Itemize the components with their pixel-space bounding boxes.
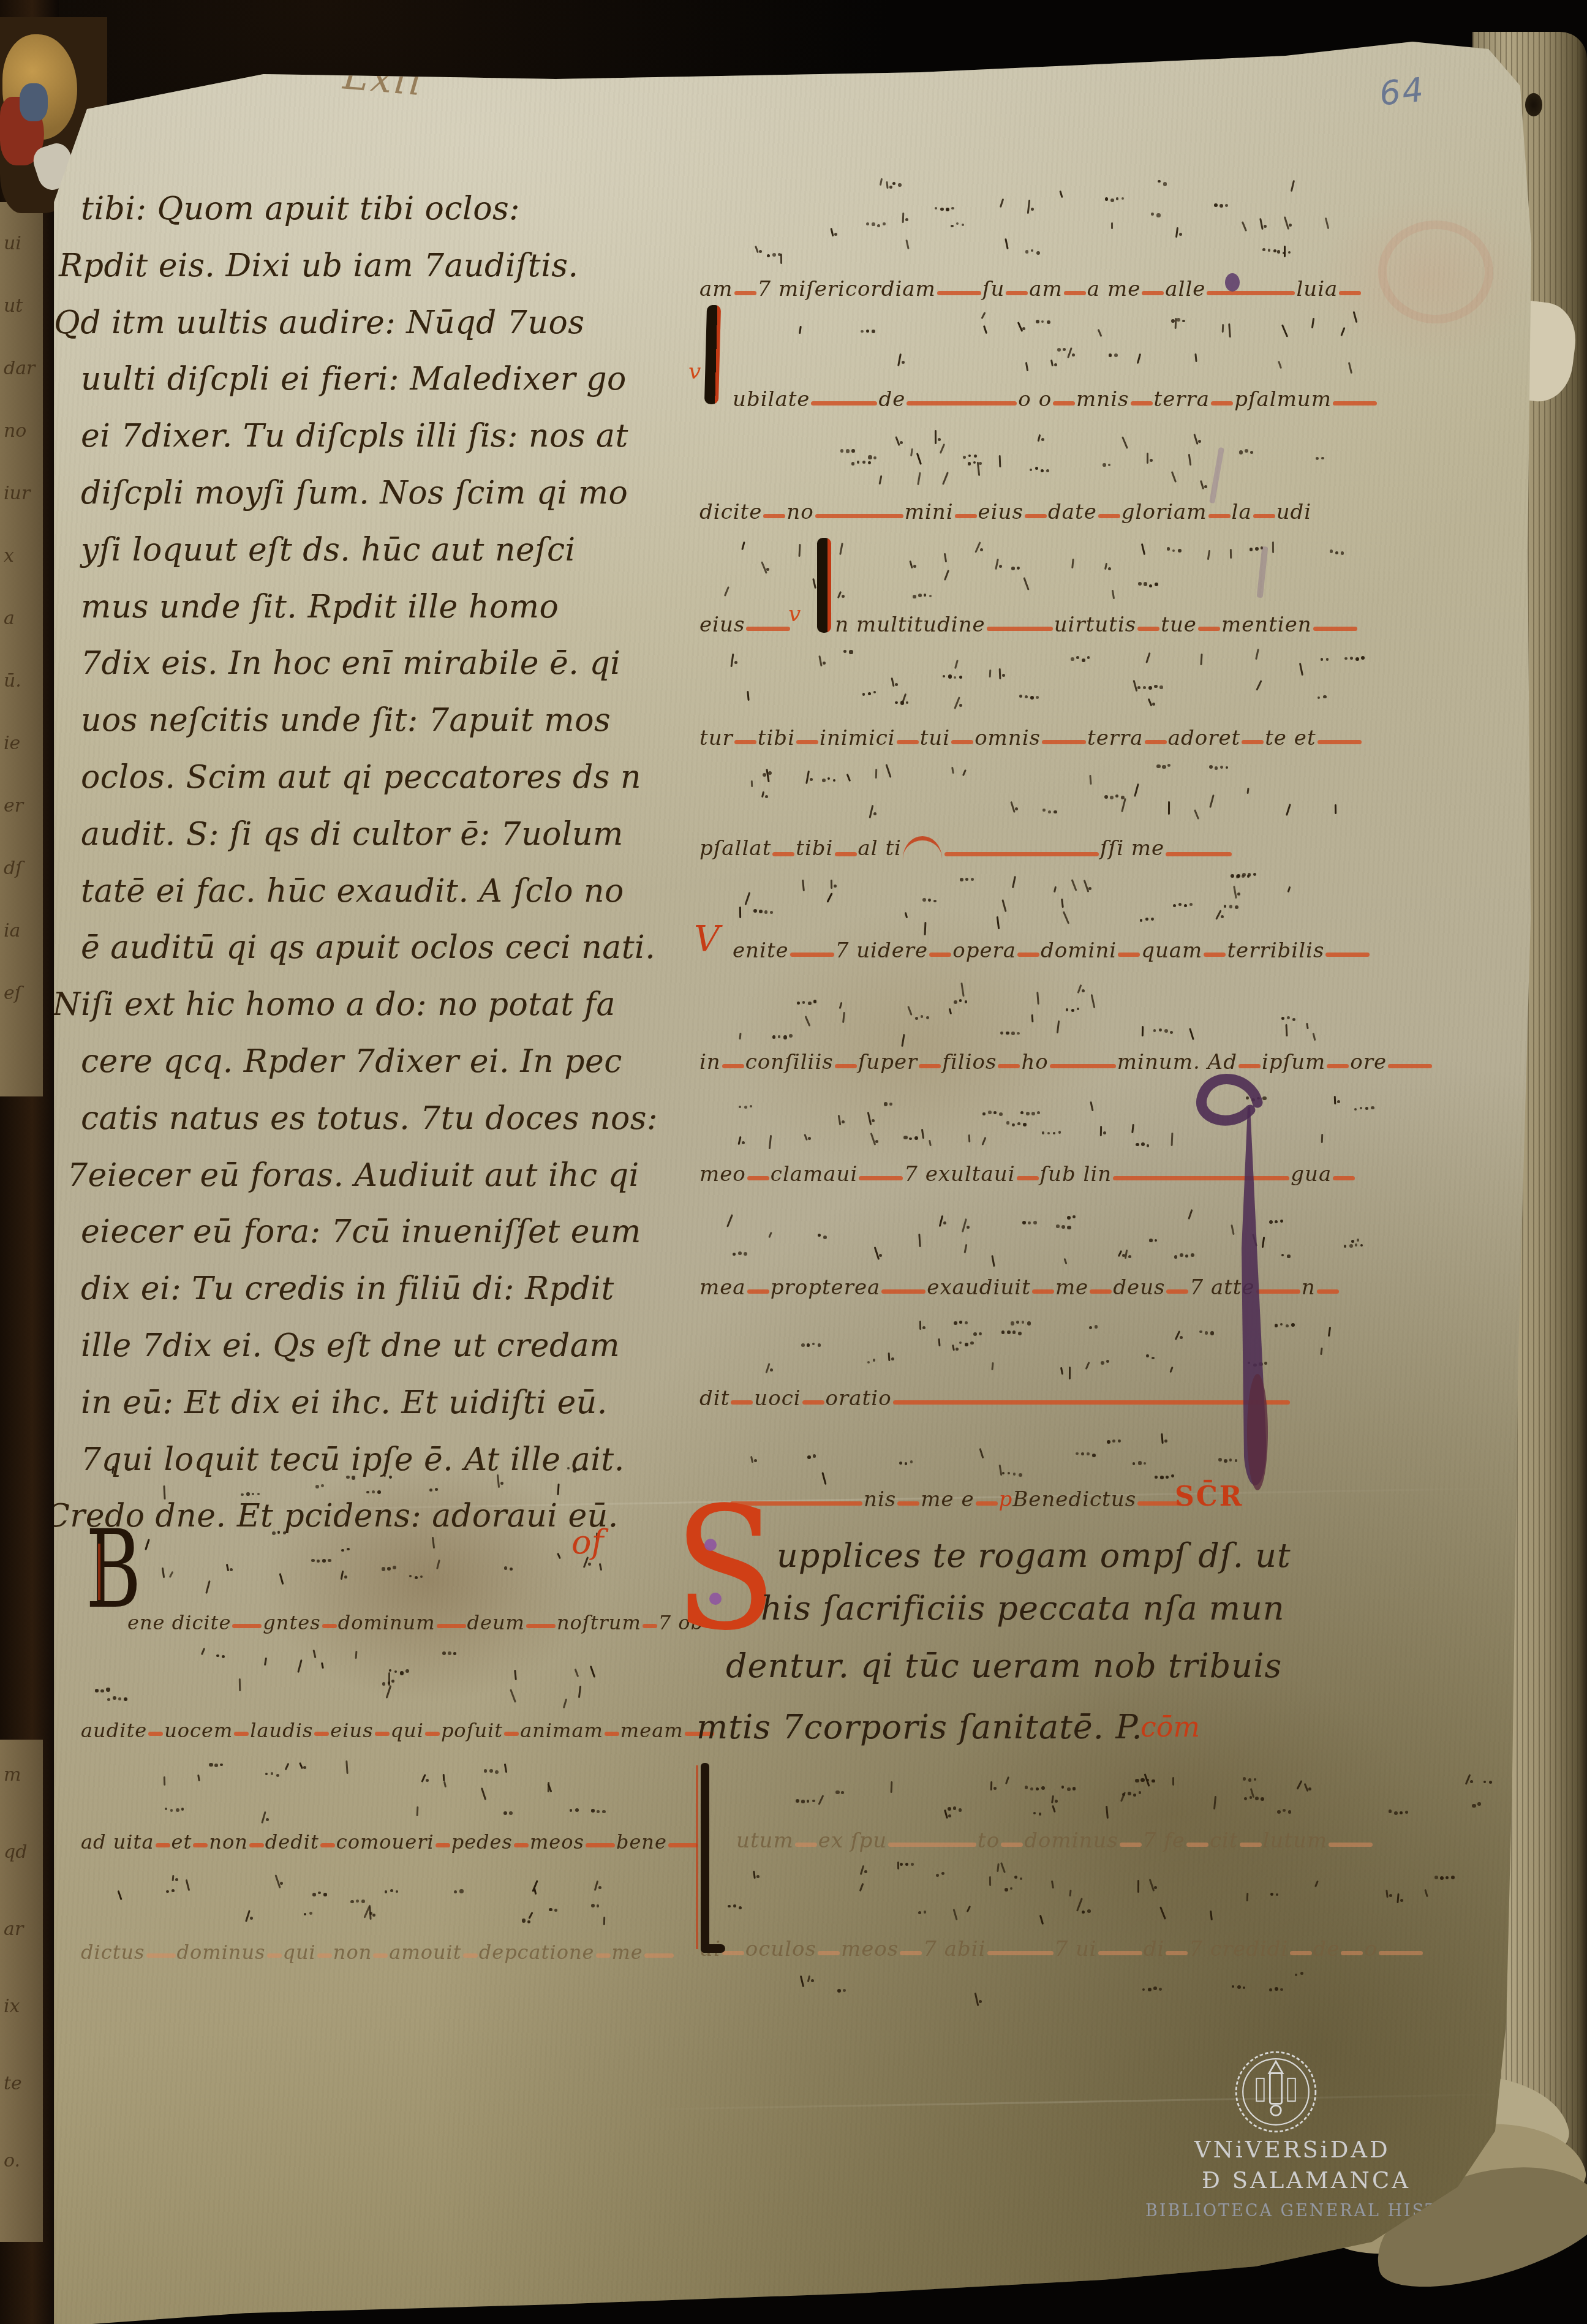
neume-mark [328, 1559, 331, 1562]
neume-mark [594, 1881, 599, 1891]
neume-mark [1067, 1787, 1071, 1791]
neume-mark [1104, 563, 1108, 570]
chant-word: oculos [745, 1937, 816, 1961]
chant-word: 7 miſericordiam [758, 277, 936, 301]
neume-mark [1138, 582, 1142, 586]
chant-word: ore [1350, 1050, 1387, 1074]
neume-mark [1005, 238, 1009, 249]
neume-mark [1071, 879, 1077, 891]
staff-line-segment [1064, 291, 1086, 295]
staff-line-segment [1186, 1843, 1208, 1847]
initial-V-venite: V [694, 918, 720, 959]
neume-mark [731, 654, 734, 667]
neume-mark [1038, 434, 1041, 442]
neume-mark [959, 1341, 962, 1344]
neume-mark [598, 1886, 601, 1889]
neume-mark [361, 1900, 365, 1903]
chant-word: o o [1018, 387, 1052, 412]
neume-mark [1255, 649, 1259, 660]
neume-mark [1001, 899, 1007, 912]
staff-line-segment [772, 852, 794, 856]
neume-mark [509, 1811, 513, 1815]
neume-mark [1077, 984, 1082, 994]
neume-mark [1041, 1786, 1045, 1790]
neume-mark [902, 693, 907, 702]
neume-mark [1451, 1876, 1455, 1879]
chant-text-line: uioculosmeos7 abii7 uidi7 credidideo [699, 1937, 1424, 1961]
neume-mark [1018, 1332, 1022, 1335]
gospel-line: 7qui loquit tecū ipſe ē. At ille ait. [81, 1441, 625, 1478]
neume-mark [765, 795, 768, 798]
neume-mark [1194, 809, 1199, 820]
neume-mark [1103, 1131, 1106, 1134]
neume-mark [955, 660, 959, 669]
staff-line-segment [722, 1064, 744, 1068]
neume-mark [1243, 1986, 1246, 1990]
neume-mark [1144, 582, 1147, 586]
neume-mark [1300, 1972, 1303, 1975]
staff-line-segment [317, 1953, 332, 1958]
staff-line-segment [322, 1624, 337, 1628]
chant-word: tibi [796, 836, 833, 861]
neume-mark [1041, 438, 1044, 441]
neume-mark [1239, 450, 1243, 454]
neume-mark [796, 1799, 799, 1803]
staff-line-segment [249, 1843, 264, 1847]
neume-mark [554, 1909, 557, 1912]
previous-page-text: ut [4, 295, 23, 317]
neume-mark [1147, 453, 1148, 464]
chant-word: comoueri [336, 1830, 434, 1854]
neume-mark [948, 1807, 951, 1811]
neume-mark [1076, 1898, 1083, 1911]
neume-mark [960, 983, 965, 997]
neume-mark [1424, 1889, 1428, 1897]
neume-mark [1397, 1893, 1400, 1903]
neume-mark [935, 207, 937, 209]
neume-mark [812, 1800, 815, 1803]
gospel-line: Qd itm uultis audire: Nūqd 7uos [54, 304, 584, 341]
neume-mark [1306, 1023, 1309, 1030]
staff-line-segment [605, 1732, 619, 1736]
neume-mark [1166, 1476, 1169, 1479]
neume-mark [1072, 1215, 1076, 1218]
neume-mark [1063, 348, 1066, 351]
neume-mark [726, 1214, 733, 1228]
neume-mark [304, 1913, 306, 1915]
neume-mark [1012, 1330, 1016, 1334]
gospel-line: yſi loquut eſt ds. hūc aut neſci [81, 532, 576, 568]
neume-mark [1112, 590, 1115, 600]
neume-mark [389, 1669, 391, 1672]
gospel-line: cere qcq. Rpder 7dixer ei. In pec [81, 1043, 622, 1080]
neume-mark [1030, 469, 1032, 471]
chant-word: tibi [758, 726, 795, 750]
neume-mark [280, 1882, 283, 1885]
neume-mark [205, 1580, 211, 1594]
neume-mark [861, 330, 864, 333]
neume-mark [1001, 1330, 1005, 1334]
neume-mark [124, 1697, 127, 1701]
neume-mark [1026, 1112, 1030, 1115]
neume-mark [1152, 703, 1155, 706]
staff-line-segment [722, 1951, 744, 1955]
neume-mark [1039, 1914, 1044, 1924]
neume-mark [948, 674, 952, 678]
neume-mark [1025, 250, 1028, 253]
neume-mark [838, 1115, 842, 1125]
previous-page-text: iur [4, 483, 30, 504]
neume-mark [522, 1918, 526, 1922]
initial-B-red-accent [98, 1544, 100, 1600]
neume-mark [878, 475, 882, 485]
neume-mark [999, 1112, 1003, 1116]
neume-mark [842, 1012, 845, 1023]
chant-word: amouit [389, 1941, 461, 1964]
neume-mark [1440, 1876, 1444, 1880]
neume-mark [1361, 656, 1365, 660]
chant-word: ſſi me [1100, 836, 1164, 861]
verse-mark-icon: v [788, 602, 801, 627]
neume-mark [1320, 1348, 1323, 1355]
neume-mark [1355, 657, 1359, 661]
neume-mark [1048, 810, 1051, 813]
staff-line-segment [1017, 1176, 1039, 1180]
neume-mark [734, 661, 737, 664]
neume-mark [910, 560, 913, 568]
neume-mark [1036, 696, 1039, 699]
neume-mark [176, 1808, 179, 1812]
neume-mark [1351, 1240, 1354, 1243]
neume-mark [778, 1035, 781, 1038]
staff-line-segment [1290, 1951, 1312, 1955]
neume-mark [911, 1863, 914, 1866]
manuscript-scan: uiutdarnoiurxaū.ieerdſiaeſmqdarixteo. Lx… [0, 0, 1587, 2324]
chant-word: deus [1113, 1275, 1165, 1300]
neume-mark [1112, 1439, 1115, 1443]
neume-mark [873, 691, 876, 693]
neume-mark [868, 692, 871, 695]
chant-word: me [1055, 1275, 1088, 1300]
neume-mark [891, 1357, 894, 1360]
neume-mark [169, 1571, 174, 1578]
neume-mark [1135, 1779, 1139, 1783]
previous-page-text: m [4, 1764, 21, 1786]
neume-mark [1046, 469, 1050, 473]
neume-mark [1014, 1876, 1018, 1879]
neume-mark [1137, 686, 1140, 689]
neume-mark [764, 910, 768, 914]
neume-mark [1172, 1777, 1174, 1786]
neume-mark [898, 183, 902, 187]
neume-mark [1225, 204, 1228, 207]
staff-line-segment [267, 1953, 282, 1958]
neume-mark [574, 1669, 579, 1678]
neume-mark [113, 1696, 116, 1700]
staff-line-segment [1242, 740, 1264, 744]
neume-mark [1323, 695, 1327, 699]
neume-mark [763, 773, 766, 777]
neume-mark [973, 1332, 977, 1336]
neume-mark [377, 1490, 381, 1494]
neume-mark [753, 1871, 756, 1879]
neume-mark [1337, 1100, 1340, 1103]
chant-word: am [1029, 277, 1063, 301]
neume-mark [739, 1906, 742, 1909]
previous-page-text: ix [4, 1996, 20, 2017]
neume-mark [549, 1908, 552, 1911]
neume-mark [578, 1686, 582, 1699]
staff-line-segment [1120, 1843, 1142, 1847]
chant-word: ſu [982, 277, 1005, 301]
neume-mark [822, 779, 826, 782]
neume-mark [938, 1338, 940, 1346]
neume-mark [891, 677, 895, 687]
neume-mark [1260, 218, 1264, 230]
neume-mark [903, 1136, 907, 1139]
neume-mark [1321, 457, 1324, 460]
neume-mark [1047, 1132, 1050, 1135]
neume-mark [812, 578, 816, 589]
neume-mark [1264, 225, 1267, 228]
neume-mark [1489, 1781, 1492, 1784]
neume-mark [1076, 656, 1079, 659]
neume-mark [1071, 1009, 1074, 1012]
neume-mark [1022, 327, 1025, 330]
chant-word: la [1232, 500, 1252, 524]
neume-mark [297, 1659, 303, 1673]
neume-mark [597, 1904, 599, 1907]
neume-mark [1101, 1361, 1104, 1365]
neume-mark [862, 693, 865, 695]
staff-line-segment [234, 1732, 249, 1736]
neume-mark [372, 1490, 375, 1493]
neume-mark [1013, 1473, 1016, 1475]
neume-mark [1164, 1439, 1167, 1443]
neume-mark [1138, 1461, 1142, 1465]
neume-mark [900, 701, 904, 704]
staff-line-segment [1131, 401, 1153, 406]
neume-mark [1011, 1321, 1014, 1325]
chant-text-line: inconſiliisſuperfilioshominum. Adipſumor… [699, 1050, 1433, 1074]
staff-line-segment [314, 1732, 329, 1736]
neume-mark [1349, 1244, 1353, 1248]
gospel-line: catis natus es totus. 7tu doces nos: [81, 1100, 658, 1137]
staff-line-segment [944, 852, 1099, 856]
neume-mark [1019, 695, 1022, 698]
chant-word: pedes [451, 1830, 513, 1854]
neume-mark [995, 559, 999, 570]
neume-mark [1011, 567, 1015, 570]
neume-mark [1272, 541, 1273, 553]
neume-mark [951, 207, 954, 210]
neume-mark [759, 250, 762, 253]
neume-mark [1159, 1988, 1162, 1991]
neume-mark [770, 1368, 773, 1371]
neume-mark [954, 1321, 957, 1324]
neume-mark [1028, 1221, 1031, 1224]
neume-mark [1171, 1474, 1174, 1477]
neume-mark [1288, 1810, 1292, 1814]
neume-mark [1250, 451, 1253, 454]
gospel-line: ille 7dix ei. Qs eſt dne ut credam [81, 1327, 620, 1364]
neume-mark [1053, 886, 1056, 893]
neume-mark [1224, 905, 1226, 907]
neume-mark [772, 253, 776, 257]
neume-mark [943, 675, 945, 677]
neume-mark [1152, 1779, 1155, 1783]
chant-text-line: turtibiinimicituiomnisterraadorette et [699, 726, 1363, 750]
chant-word: ene dicite [127, 1611, 231, 1634]
neume-mark [1162, 765, 1166, 769]
neume-mark [1000, 1862, 1006, 1873]
staff-line-segment [1118, 953, 1140, 957]
neume-mark [870, 1133, 876, 1145]
neume-mark [389, 1476, 392, 1479]
staff-line-segment [1098, 1951, 1142, 1955]
staff-line-segment [815, 514, 903, 518]
neume-mark [1140, 919, 1142, 921]
neume-mark [1262, 248, 1265, 251]
neume-mark [1155, 583, 1158, 586]
neume-mark [842, 1120, 845, 1123]
chant-word: a me [1087, 277, 1140, 301]
staff-line-segment [1142, 291, 1164, 295]
neume-mark [902, 213, 904, 223]
neume-mark [841, 1791, 843, 1794]
previous-page-text: ar [4, 1918, 23, 1940]
neume-mark [1303, 1783, 1308, 1792]
neume-mark [1063, 911, 1069, 924]
neume-mark [823, 1236, 827, 1239]
chant-word: exaudiuit [927, 1275, 1031, 1300]
neume-mark [867, 1361, 870, 1364]
staff-line-segment [955, 514, 977, 518]
neume-mark [900, 1863, 903, 1866]
neume-mark [382, 1567, 385, 1571]
staff-line-segment [734, 740, 756, 744]
neume-mark [967, 1906, 971, 1912]
neume-mark [909, 1137, 911, 1140]
neume-mark [1133, 1794, 1136, 1797]
neume-mark [949, 1008, 952, 1015]
neume-mark [769, 1135, 772, 1149]
neume-mark [1285, 1024, 1287, 1036]
neume-mark [805, 771, 810, 785]
neume-mark [1087, 1909, 1091, 1913]
neume-mark [1155, 1239, 1157, 1242]
neume-mark [901, 1033, 905, 1046]
neume-mark [998, 1465, 1002, 1476]
neume-mark [872, 1119, 875, 1122]
neume-mark [921, 1129, 924, 1139]
neume-mark [840, 449, 843, 452]
neume-mark [908, 1006, 913, 1016]
neume-mark [599, 1563, 603, 1571]
chant-word: ſuper [858, 1050, 918, 1074]
neume-mark [315, 1485, 319, 1488]
neume-mark [1115, 794, 1118, 798]
neume-mark [197, 1775, 200, 1781]
neume-mark [443, 1774, 445, 1781]
neume-mark [1104, 795, 1108, 799]
neume-mark [1201, 654, 1203, 666]
neume-mark [1023, 578, 1030, 591]
neume-mark [742, 1141, 745, 1144]
neume-mark [1058, 1131, 1061, 1133]
neume-mark [905, 912, 908, 919]
neume-mark [910, 448, 913, 456]
chant-word: no [786, 500, 813, 524]
staff-line-segment [1333, 401, 1377, 406]
staff-line-segment [375, 1732, 390, 1736]
chant-word: opera [952, 938, 1016, 963]
chant-word: inimici [820, 726, 895, 750]
neume-mark [964, 1244, 968, 1253]
neume-mark [1365, 1107, 1368, 1110]
neume-mark [386, 1685, 392, 1699]
neume-mark [429, 1488, 432, 1492]
previous-page-text: ia [4, 920, 20, 941]
neume-mark [426, 1779, 429, 1782]
neume-mark [1174, 318, 1177, 329]
neume-mark [818, 655, 823, 667]
neume-mark [1270, 1893, 1273, 1896]
neume-mark [1030, 696, 1034, 700]
chant-word: meam [620, 1719, 684, 1742]
neume-mark [979, 1332, 982, 1335]
neume-mark [1000, 1032, 1003, 1035]
neume-mark [810, 778, 813, 781]
chant-text-line: ene dicitegntesdominumdeumnoſtrum7 ob [127, 1611, 736, 1634]
neume-mark [951, 225, 954, 228]
neume-mark [1010, 801, 1016, 813]
neume-mark [1167, 764, 1170, 767]
neume-mark [448, 1651, 451, 1655]
neume-mark [897, 353, 902, 367]
neume-mark [1355, 1243, 1357, 1246]
neume-mark [481, 1787, 486, 1800]
neume-mark [299, 1762, 303, 1769]
neume-mark [768, 771, 772, 775]
neume-mark [1057, 1021, 1060, 1034]
neume-mark [922, 898, 926, 902]
neume-mark [390, 1889, 393, 1892]
neume-mark [1072, 1787, 1076, 1790]
gospel-line: 7dix eis. In hoc enī mirabile ē. qi [81, 645, 620, 682]
neume-mark [1145, 918, 1148, 921]
neume-mark [1088, 887, 1091, 890]
neume-mark [164, 1776, 166, 1786]
neume-mark [1164, 1029, 1168, 1033]
staff-line-segment [425, 1732, 440, 1736]
staff-line-segment [1137, 627, 1159, 631]
neume-mark [1089, 1326, 1092, 1329]
neume-mark [1159, 685, 1163, 689]
neume-mark [1434, 1876, 1438, 1879]
chant-word: uocem [164, 1719, 233, 1742]
neume-mark [1242, 221, 1248, 232]
staff-line-segment [790, 953, 834, 957]
neume-mark [1108, 464, 1110, 466]
neume-mark [257, 1493, 260, 1495]
neume-mark [1400, 1899, 1403, 1902]
gospel-line: 7eiecer eū foras. Audiuit aut ihc qi [67, 1157, 639, 1194]
gospel-line: uos neſcitis unde ſit: 7apuit mos [81, 702, 611, 739]
neume-mark [1277, 250, 1281, 254]
neume-mark [728, 1905, 731, 1908]
neume-mark [175, 1878, 178, 1881]
